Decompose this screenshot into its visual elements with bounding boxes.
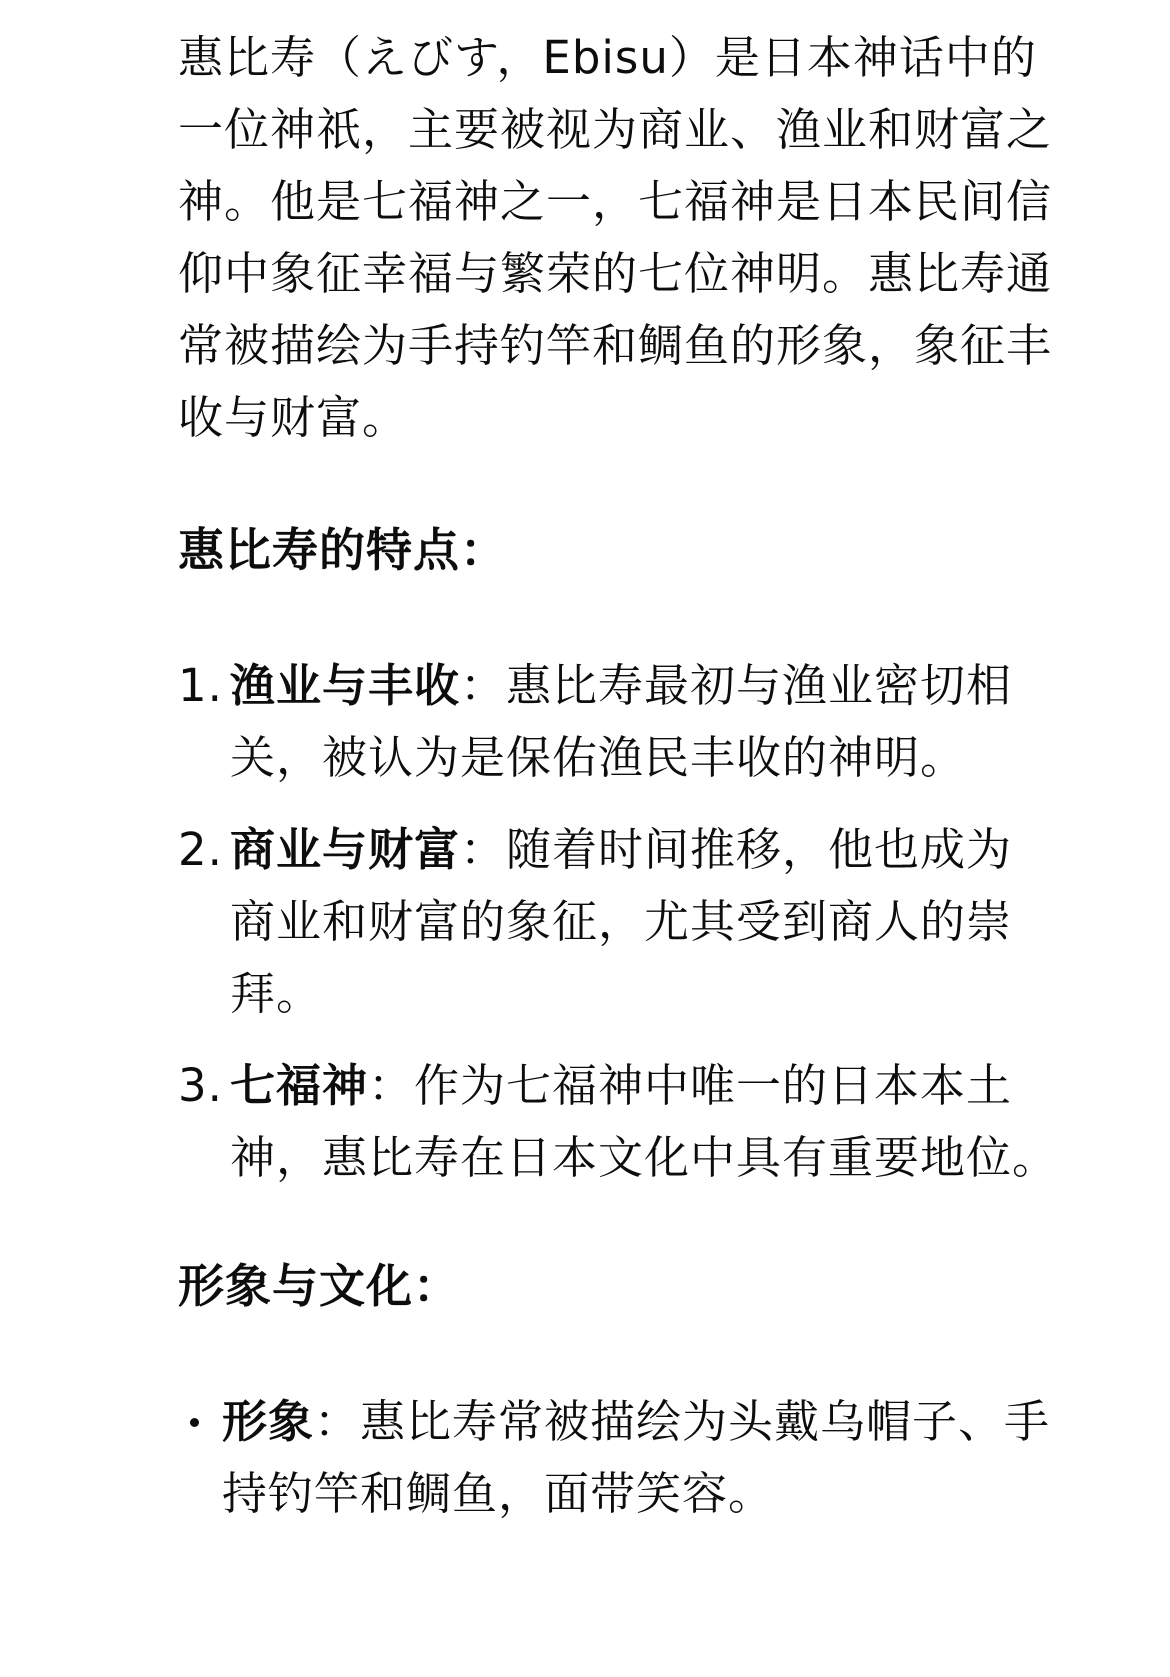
section-heading-features: 惠比寿的特点：: [178, 514, 1058, 586]
list-term: 渔业与丰收: [230, 659, 460, 712]
list-separator: ：: [460, 659, 506, 712]
list-item: 3. 七福神：作为七福神中唯一的日本本土神，惠比寿在日本文化中具有重要地位。: [178, 1050, 1058, 1194]
list-item: 形象：惠比寿常被描绘为头戴乌帽子、手持钓竿和鲷鱼，面带笑容。: [178, 1386, 1058, 1530]
list-item: 1. 渔业与丰收：惠比寿最初与渔业密切相关，被认为是保佑渔民丰收的神明。: [178, 650, 1058, 794]
chat-message-content: 惠比寿（えびす，Ebisu）是日本神话中的一位神祇，主要被视为商业、渔业和财富之…: [178, 22, 1058, 1530]
list-separator: ：: [368, 1059, 414, 1112]
list-term: 商业与财富: [230, 823, 460, 876]
list-number: 1.: [178, 650, 223, 722]
list-number: 3.: [178, 1050, 223, 1122]
section-heading-culture: 形象与文化：: [178, 1250, 1058, 1322]
list-number: 2.: [178, 814, 223, 886]
features-list: 1. 渔业与丰收：惠比寿最初与渔业密切相关，被认为是保佑渔民丰收的神明。 2. …: [178, 650, 1058, 1194]
culture-list: 形象：惠比寿常被描绘为头戴乌帽子、手持钓竿和鲷鱼，面带笑容。: [178, 1386, 1058, 1530]
list-separator: ：: [314, 1395, 360, 1448]
list-term: 形象: [222, 1395, 314, 1448]
list-item: 2. 商业与财富：随着时间推移，他也成为商业和财富的象征，尤其受到商人的崇拜。: [178, 814, 1058, 1030]
bullet-icon: [190, 1418, 199, 1427]
intro-paragraph: 惠比寿（えびす，Ebisu）是日本神话中的一位神祇，主要被视为商业、渔业和财富之…: [178, 22, 1058, 454]
list-term: 七福神: [230, 1059, 368, 1112]
list-separator: ：: [460, 823, 506, 876]
